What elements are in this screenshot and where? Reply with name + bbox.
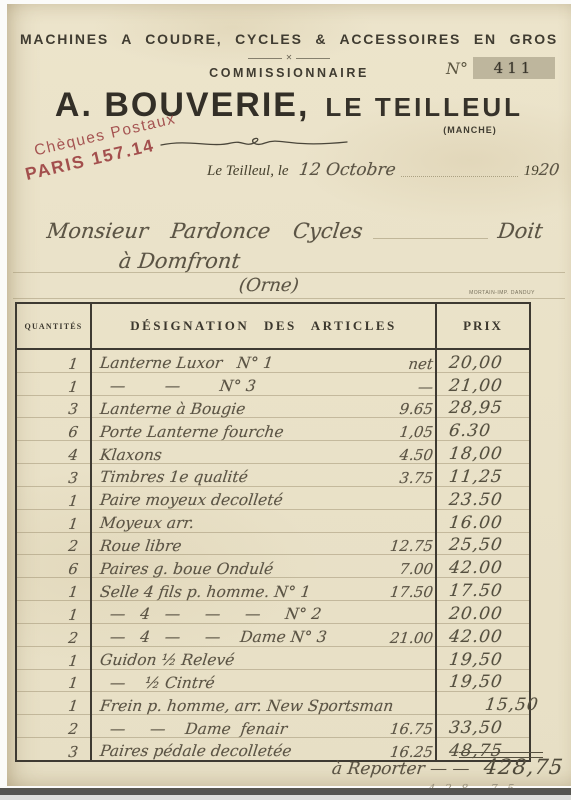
scan-bottom-margin [0,795,571,800]
table-row: 1Lanterne Luxor N° 1net20,00 [17,350,529,373]
cell-price: 17.50 [436,583,530,600]
cell-desig: Selle 4 fils p. homme. N° 1 [89,585,358,601]
carry-forward-total: 428,75 [482,755,564,779]
cell-unit: — [356,380,438,395]
addressee-line: Monsieur Pardonce Cycles Doit [47,219,543,243]
cell-unit: 7.00 [356,562,438,577]
cell-price: 23.50 [436,492,530,509]
company-department: (MANCHE) [415,125,525,135]
divider-ornament: ✕ [286,55,293,61]
table-row: 1Frein p. homme, arr. New Sportsman15,50 [17,692,529,715]
cell-qty: 6 [16,562,91,577]
cell-qty: 1 [16,654,91,669]
addressee-city: à Domfront [118,249,242,273]
cell-qty: 4 [16,448,91,463]
cell-unit: 1,05 [356,425,438,440]
table-row: 4Klaxons4.5018,00 [17,441,529,464]
cell-price: 20,00 [436,355,530,372]
cell-qty: 1 [16,608,91,623]
cell-price: 42.00 [436,629,530,646]
table-row: 1 — ½ Cintré19,50 [17,670,529,693]
cell-qty: 1 [16,357,91,372]
addressee-name: Monsieur Pardonce Cycles [46,219,365,243]
cell-price: 28,95 [436,400,530,417]
divider-line-left [248,58,282,59]
cell-price: 11,25 [436,469,530,486]
cell-price: 18,00 [436,446,530,463]
items-body: 1Lanterne Luxor N° 1net20,001 — — N° 3—2… [17,350,529,760]
cell-unit: 16.75 [356,722,438,737]
cell-price: 15,50 [472,697,566,714]
cell-unit: 21.00 [356,631,438,646]
carry-forward-line: à Reporter — — 428,75 [7,755,563,779]
printer-mark: MORTAIN-IMP. DANDUY [469,290,535,296]
table-row: 3Lanterne à Bougie9.6528,95 [17,396,529,419]
cell-qty: 1 [16,494,91,509]
doit-label: Doit [497,219,545,243]
cell-unit: 12.75 [356,539,438,554]
cell-unit: 4.50 [356,448,438,463]
cell-price: 33,50 [436,720,530,737]
cell-price: 6.30 [436,423,530,440]
cell-desig: Moyeux arr. [89,516,358,532]
table-header-row: QUANTITÉS DÉSIGNATION DES ARTICLES PRIX [17,304,529,350]
cell-desig: Paire moyeux decolleté [89,493,358,509]
addressee-rule [373,238,489,239]
carry-forward-label: à Reporter — — [330,759,470,779]
cell-desig: Frein p. homme, arr. New Sportsman [89,699,394,715]
date-handwritten: 12 Octobre [297,160,396,180]
cell-unit: 17.50 [356,585,438,600]
cell-qty: 1 [16,517,91,532]
date-dotted-rule [401,176,517,177]
cell-unit: net [356,357,438,372]
table-row: 2Roue libre12.7525,50 [17,533,529,556]
table-row: 1Selle 4 fils p. homme. N° 117.5017.50 [17,578,529,601]
business-line: MACHINES A COUDRE, CYCLES & ACCESSOIRES … [7,31,571,47]
cell-qty: 3 [16,471,91,486]
cell-desig: — ½ Cintré [89,676,358,692]
cell-qty: 1 [16,676,91,691]
cell-qty: 1 [16,585,91,600]
table-row: 2 — 4 — — Dame N° 321.0042.00 [17,624,529,647]
company-place: LE TEILLEUL [325,92,523,123]
scan-bottom-edge [0,788,571,795]
cell-unit: 9.65 [356,402,438,417]
cell-price: 21,00 [436,378,530,395]
cell-desig: Klaxons [89,448,358,464]
cell-desig: Timbres 1e qualité [89,470,358,486]
rule-line [13,298,565,299]
table-row: 1Guidon ½ Relevé19,50 [17,647,529,670]
cell-price: 20.00 [436,606,530,623]
cell-qty: 2 [16,631,91,646]
cell-qty: 1 [16,380,91,395]
cell-desig: Lanterne à Bougie [89,402,358,418]
divider-line-right [296,58,330,59]
addressee-department: (Orne) [238,275,300,296]
cell-desig: Paires g. boue Ondulé [89,562,358,578]
rule-line [13,272,565,273]
year-group: 1920 [524,160,559,180]
items-table: QUANTITÉS DÉSIGNATION DES ARTICLES PRIX … [15,302,531,762]
table-row: 1 — 4 — — — N° 220.00 [17,601,529,624]
company-name: A. BOUVERIE, [55,86,309,125]
table-row: 1Paire moyeux decolleté23.50 [17,487,529,510]
cell-qty: 6 [16,425,91,440]
year-handwritten: 20 [537,160,560,179]
cell-qty: 2 [16,722,91,737]
table-row: 2 — — Dame fenair16.7533,50 [17,715,529,738]
invoice-number-stamp: 411 [473,57,555,79]
column-divider-quantities [90,304,92,760]
date-line: Le Teilleul, le 12 Octobre 1920 [207,160,559,180]
cell-qty: 2 [16,539,91,554]
cell-unit: 3.75 [356,471,438,486]
cell-price: 19,50 [436,674,530,691]
company-name-line: A. BOUVERIE, LE TEILLEUL [7,86,571,125]
table-row: 1Moyeux arr.16.00 [17,510,529,533]
col-header-quantities: QUANTITÉS [17,322,90,331]
cell-desig: — 4 — — — N° 2 [89,607,358,623]
table-row: 6Paires g. boue Ondulé7.0042.00 [17,555,529,578]
cell-price: 16.00 [436,515,530,532]
cell-desig: Lanterne Luxor N° 1 [89,356,358,372]
invoice-number-label: N° [446,59,468,78]
col-header-price: PRIX [437,318,529,334]
year-printed: 19 [524,163,539,179]
cell-desig: — 4 — — Dame N° 3 [89,630,358,646]
cell-desig: Porte Lanterne fourche [89,425,358,441]
cell-price: 42.00 [436,560,530,577]
cell-price: 25,50 [436,537,530,554]
cell-desig: — — Dame fenair [89,722,358,738]
cell-qty: 3 [16,402,91,417]
invoice-number-block: N° 411 [446,57,555,79]
table-row: 1 — — N° 3—21,00 [17,373,529,396]
invoice-paper: MACHINES A COUDRE, CYCLES & ACCESSOIRES … [7,4,571,786]
cell-desig: Guidon ½ Relevé [89,653,358,669]
table-row: 6Porte Lanterne fourche1,056.30 [17,418,529,441]
col-header-designation: DÉSIGNATION DES ARTICLES [90,318,437,334]
date-place-printed: Le Teilleul, le [207,163,289,180]
flourish-ornament [159,135,349,151]
cell-desig: Roue libre [89,539,358,555]
column-divider-price [435,304,437,760]
cell-qty: 1 [16,699,91,714]
table-row: 3Timbres 1e qualité3.7511,25 [17,464,529,487]
cell-desig: — — N° 3 [89,379,358,395]
cell-price: 19,50 [436,652,530,669]
